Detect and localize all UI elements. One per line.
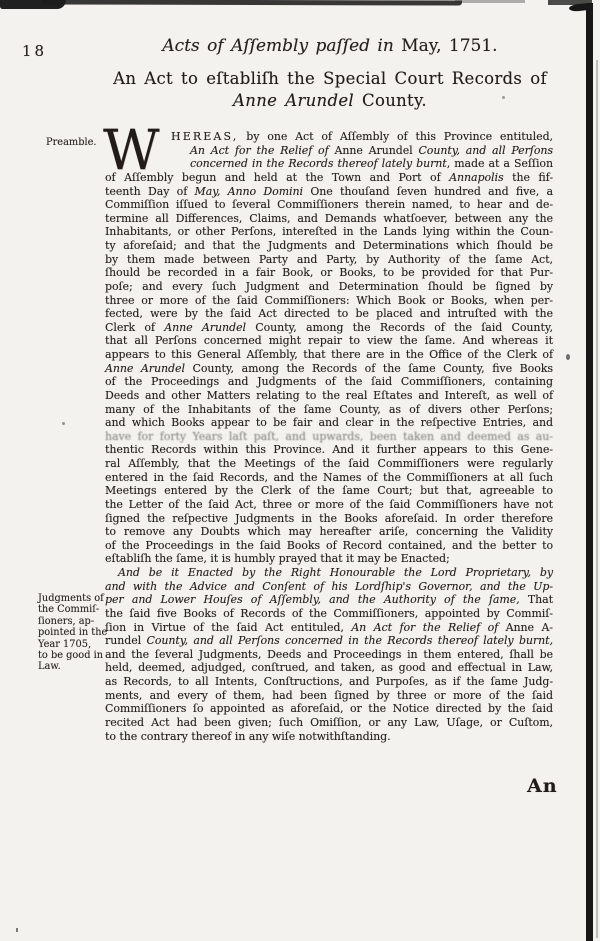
margin-note-line: to be good in [38, 650, 114, 661]
text-run: Annapolis [449, 171, 503, 184]
margin-note-line: the Commiſ- [38, 604, 114, 615]
scan-speck [62, 422, 65, 425]
margin-note-line: ſioners, ap- [38, 616, 114, 627]
text-run: County. [362, 91, 427, 110]
text-run: three or more of the ſaid Commiſſioners:… [105, 294, 553, 307]
text-line: that all Perſons concerned might repair … [105, 334, 553, 348]
scan-speck [16, 928, 18, 932]
text-line: ments, and every of them, had been ſigne… [105, 689, 553, 703]
text-run: of the Proceedings in the ſaid Books of … [105, 539, 553, 552]
text-line: ſhould be recorded in a fair Book, or Bo… [105, 266, 553, 280]
text-line: ſion in Virtue of the ſaid Act entituled… [105, 621, 553, 635]
text-run: as Records, to all Intents, Conſtruction… [105, 675, 553, 688]
text-line: of the Proceedings and Judgments of the … [105, 375, 553, 389]
text-run: May, Anno Domini [195, 185, 303, 198]
scan-smudge-top-strip [42, 0, 462, 6]
margin-note-preamble: Preamble. [46, 137, 97, 148]
text-run: per and Lower Houſes of Aſſembly, and th… [105, 593, 520, 606]
text-run: appears to this General Aſſembly, that t… [105, 348, 553, 361]
scan-edge-flare [569, 3, 590, 12]
text-line: of the Proceedings in the ſaid Books of … [105, 539, 553, 553]
text-line: termine all Differences, Claims, and Dem… [105, 212, 553, 226]
text-line: and with the Advice and Conſent of his L… [105, 580, 553, 594]
text-line: held, deemed, adjudged, conſtrued, and t… [105, 661, 553, 675]
text-run: Commiſſioners ſo appointed as aforeſaid,… [105, 702, 553, 715]
text-run: thentic Records within this Province. An… [105, 443, 553, 456]
body-paragraph: WHEREAS, by one Act of Aſſembly of this … [105, 130, 553, 566]
text-run: by one Act of Aſſembly of this Province … [238, 130, 553, 143]
text-run: poſe; and every ſuch Judgment and Determ… [105, 280, 553, 293]
text-run: and the ſeveral Judgments, Deeds and Pro… [105, 648, 553, 661]
text-run: Anne Arundel [233, 91, 362, 110]
text-line: appears to this General Aſſembly, that t… [105, 348, 553, 362]
text-line: Commiſſion iſſued to ſeveral Commiſſione… [105, 198, 553, 212]
text-line: concerned in the Records thereof lately … [105, 157, 553, 171]
text-run: Deeds and other Matters relating to the … [105, 389, 553, 402]
text-run: the ſaid five Books of Records of the Co… [105, 607, 553, 620]
text-run: HEREAS, [171, 130, 238, 143]
text-line: thentic Records within this Province. An… [105, 443, 553, 457]
text-run: Meetings entered by the Clerk of the ſam… [105, 484, 553, 497]
text-run: County, among the Records of the ſaid Co… [246, 321, 553, 334]
margin-note-judgments: Judgments ofthe Commiſ-ſioners, ap-point… [38, 593, 114, 673]
text-run: An Act to eſtabliſh the Special Court Re… [113, 69, 547, 88]
scan-smudge-top-tail [455, 0, 525, 3]
text-line: teenth Day of May, Anno Domini One thouſ… [105, 185, 553, 199]
text-line: recited Act had been given; ſuch Omiſſio… [105, 716, 553, 730]
text-run: Inhabitants, or other Perſons, intereſte… [105, 225, 553, 238]
text-run: An Act for the Relief of [351, 621, 498, 634]
text-line: by them made between Party and Party, by… [105, 253, 553, 267]
text-run: ſion in Virtue of the ſaid Act entituled… [105, 621, 351, 634]
text-line: per and Lower Houſes of Aſſembly, and th… [105, 593, 553, 607]
text-run: teenth Day of [105, 185, 195, 198]
text-run: Acts of Aſſembly paſſed in [162, 36, 401, 56]
text-line: to the contrary thereof in any wiſe notw… [105, 730, 553, 744]
scan-edge-line-right [596, 60, 598, 938]
text-run: ſigned the reſpective Judgments in the B… [105, 512, 553, 525]
text-line: many of the Inhabitants of the ſame Coun… [105, 403, 553, 417]
text-line: Inhabitants, or other Perſons, intereſte… [105, 225, 553, 239]
drop-cap: W [103, 130, 160, 171]
text-run: County, among the Records of the ſame Co… [185, 362, 553, 375]
text-run: Commiſſion iſſued to ſeveral Commiſſione… [105, 198, 553, 211]
text-line: ſigned the reſpective Judgments in the B… [105, 512, 553, 526]
text-run: That [520, 593, 553, 606]
text-line: poſe; and every ſuch Judgment and Determ… [105, 280, 553, 294]
text-line: An Act for the Relief of Anne Arundel Co… [105, 144, 553, 158]
text-line: as Records, to all Intents, Conſtruction… [105, 675, 553, 689]
page-number: 18 [22, 42, 47, 60]
text-line: and which Books appear to be fair and cl… [105, 416, 553, 430]
text-run: to the contrary thereof in any wiſe notw… [105, 730, 391, 743]
text-run: to remove any Doubts which may hereafter… [105, 525, 553, 538]
text-run: eſtabliſh the ſame, it is humbly prayed … [105, 552, 450, 565]
text-run: termine all Differences, Claims, and Dem… [105, 212, 553, 225]
text-run: of the Proceedings and Judgments of the … [105, 375, 553, 388]
text-run: Anne Arundel [334, 144, 418, 157]
text-line: Anne Arundel County, among the Records o… [105, 362, 553, 376]
text-line: entered in the ſaid Records, and the Nam… [105, 471, 553, 485]
text-run: Anne A- [498, 621, 553, 634]
text-run: concerned in the Records thereof lately … [190, 157, 447, 170]
scan-edge-bar-right [586, 3, 593, 941]
margin-note-line: Year 1705, [38, 639, 114, 650]
text-line: And be it Enacted by the Right Honourabl… [105, 566, 553, 580]
text-run: that all Perſons concerned might repair … [105, 334, 553, 347]
text-run: fected, were by the ſaid Act directed to… [105, 307, 553, 320]
text-run: Anne Arundel [105, 362, 185, 375]
text-run: And be it Enacted by the Right Honourabl… [118, 566, 553, 579]
scan-smudge-top-right [548, 0, 592, 5]
catchword: An [527, 775, 558, 797]
text-run: ſhould be recorded in a fair Book, or Bo… [105, 266, 553, 279]
text-run: One thouſand ſeven hundred and five, a [303, 185, 553, 198]
text-line: of Aſſembly begun and held at the Town a… [105, 171, 553, 185]
text-line: Clerk of Anne Arundel County, among the … [105, 321, 553, 335]
act-title-line-1: An Act to eſtabliſh the Special Court Re… [80, 68, 580, 90]
text-line: HEREAS, by one Act of Aſſembly of this P… [105, 130, 553, 144]
text-run: the Letter of the ſaid Act, three or mor… [105, 498, 553, 511]
text-run: by them made between Party and Party, by… [105, 253, 553, 266]
text-line: eſtabliſh the ſame, it is humbly prayed … [105, 552, 553, 566]
scanned-book-page: 18 Acts of Aſſembly paſſed in May, 1751.… [0, 0, 600, 941]
text-line: and the ſeveral Judgments, Deeds and Pro… [105, 648, 553, 662]
text-run: and with the Advice and Conſent of his L… [105, 580, 553, 593]
running-header: Acts of Aſſembly paſſed in May, 1751. [105, 36, 555, 56]
text-run: rundel [105, 634, 147, 647]
text-run: Clerk of [105, 321, 164, 334]
text-line: ral Aſſembly, that the Meetings of the ſ… [105, 457, 553, 471]
text-run: recited Act had been given; ſuch Omiſſio… [105, 716, 553, 729]
act-title: An Act to eſtabliſh the Special Court Re… [80, 68, 580, 111]
body-paragraph: And be it Enacted by the Right Honourabl… [105, 566, 553, 743]
text-run: ments, and every of them, had been ſigne… [105, 689, 553, 702]
text-line: to remove any Doubts which may hereafter… [105, 525, 553, 539]
text-line: fected, were by the ſaid Act directed to… [105, 307, 553, 321]
text-run: many of the Inhabitants of the ſame Coun… [105, 403, 553, 416]
text-run: have for forty Years laſt paſt, and upwa… [105, 430, 553, 443]
margin-note-line: Preamble. [46, 137, 97, 148]
text-line: rundel County, and all Perſons concerned… [105, 634, 553, 648]
text-line: the ſaid five Books of Records of the Co… [105, 607, 553, 621]
text-run: , made at a Seſſion [447, 157, 553, 170]
text-run: ral Aſſembly, that the Meetings of the ſ… [105, 457, 553, 470]
text-run: Anne Arundel [164, 321, 246, 334]
text-run: the fif- [504, 171, 553, 184]
text-line: the Letter of the ſaid Act, three or mor… [105, 498, 553, 512]
text-run: held, deemed, adjudged, conſtrued, and t… [105, 661, 553, 674]
scan-smudge-top-left [0, 0, 66, 9]
text-line: Deeds and other Matters relating to the … [105, 389, 553, 403]
text-run: entered in the ſaid Records, and the Nam… [105, 471, 553, 484]
act-title-line-2: Anne Arundel County. [80, 90, 580, 112]
text-line: three or more of the ſaid Commiſſioners:… [105, 294, 553, 308]
text-line: Commiſſioners ſo appointed as aforeſaid,… [105, 702, 553, 716]
text-run: and which Books appear to be fair and cl… [105, 416, 553, 429]
text-run: May, 1751. [401, 36, 497, 56]
margin-note-line: Law. [38, 661, 114, 672]
margin-note-line: Judgments of [38, 593, 114, 604]
text-run: County, and all Perſons concerned in the… [147, 634, 554, 647]
text-line: have for forty Years laſt paſt, and upwa… [105, 430, 553, 444]
scan-speck [566, 354, 570, 360]
text-line: Meetings entered by the Clerk of the ſam… [105, 484, 553, 498]
margin-note-line: pointed in the [38, 627, 114, 638]
act-body-text: WHEREAS, by one Act of Aſſembly of this … [105, 130, 553, 743]
text-line: ty aforeſaid; and that the Judgments and… [105, 239, 553, 253]
text-run: County, and all Perſons [418, 144, 553, 157]
text-run: ty aforeſaid; and that the Judgments and… [105, 239, 553, 252]
text-run: An Act for the Relief of [190, 144, 334, 157]
